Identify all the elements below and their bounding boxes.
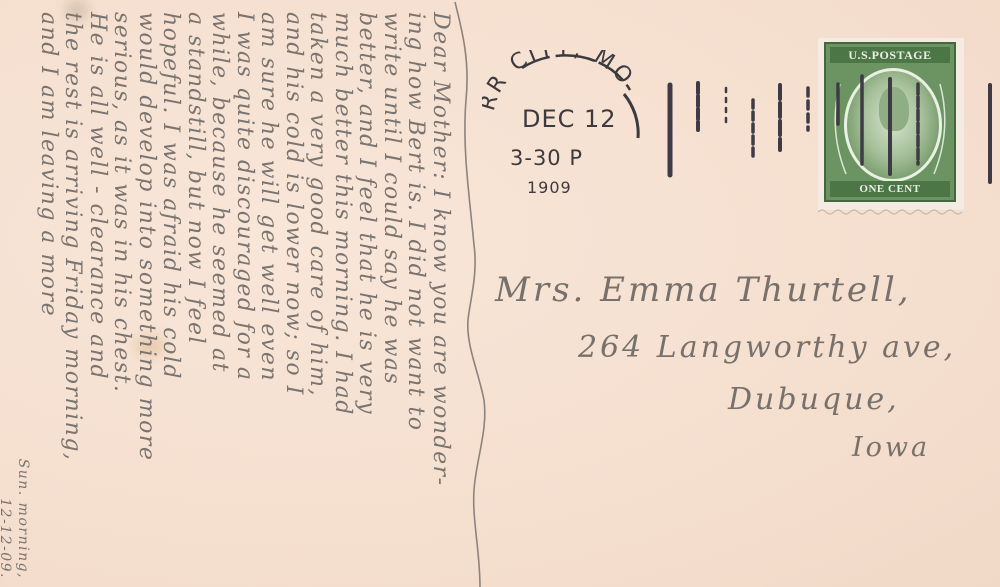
- recipient-address: Mrs. Emma Thurtell, 264 Langworthy ave, …: [0, 0, 1000, 587]
- postcard: Dear Mother: I know you are wonder- ing …: [0, 0, 1000, 587]
- address-street: 264 Langworthy ave,: [578, 330, 956, 365]
- address-city: Dubuque,: [728, 382, 900, 417]
- address-state: Iowa: [852, 432, 930, 463]
- address-name: Mrs. Emma Thurtell,: [495, 270, 912, 310]
